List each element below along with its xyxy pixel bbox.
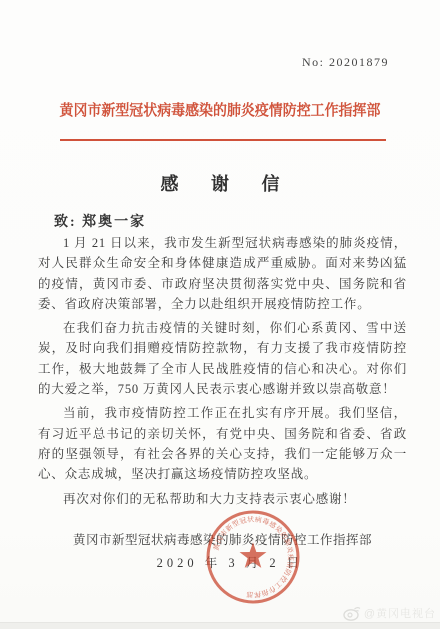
paragraph: 再次对你们的无私帮助和大力支持表示衷心感谢！ xyxy=(38,489,407,509)
official-seal: 黄冈市新型冠状病毒感染的肺炎疫情防控工作指挥部 xyxy=(204,508,302,606)
salutation: 致: 郑奥一家 xyxy=(54,211,146,231)
letter-page: No: 20201879 黄冈市新型冠状病毒感染的肺炎疫情防控工作指挥部 感 谢… xyxy=(0,0,440,629)
letter-title: 感 谢 信 xyxy=(0,170,440,196)
weibo-icon xyxy=(343,605,361,621)
signature-line: 黄冈市新型冠状病毒感染的肺炎疫情防控工作指挥部 xyxy=(0,530,372,548)
watermark-text: @黄冈电视台 xyxy=(364,605,436,621)
header-rule xyxy=(60,139,386,141)
watermark: @黄冈电视台 xyxy=(343,605,436,621)
paragraph: 在我们奋力抗击疫情的关键时刻，你们心系黄冈、雪中送炭，及时向我们捐赠疫情防控款物… xyxy=(38,318,407,399)
doc-number: No: 20201879 xyxy=(302,55,389,70)
org-header: 黄冈市新型冠状病毒感染的肺炎疫情防控工作指挥部 xyxy=(41,99,398,120)
letter-body: 1 月 21 日以来，我市发生新型冠状病毒感染的肺炎疫情，对人民群众生命安全和身… xyxy=(38,233,407,513)
paragraph: 1 月 21 日以来，我市发生新型冠状病毒感染的肺炎疫情，对人民群众生命安全和身… xyxy=(38,233,407,314)
star-icon xyxy=(240,542,267,568)
paragraph: 当前，我市疫情防控工作正在扎实有序开展。我们坚信，有习近平总书记的亲切关怀，有党… xyxy=(38,403,407,484)
bottom-strip xyxy=(0,622,440,629)
